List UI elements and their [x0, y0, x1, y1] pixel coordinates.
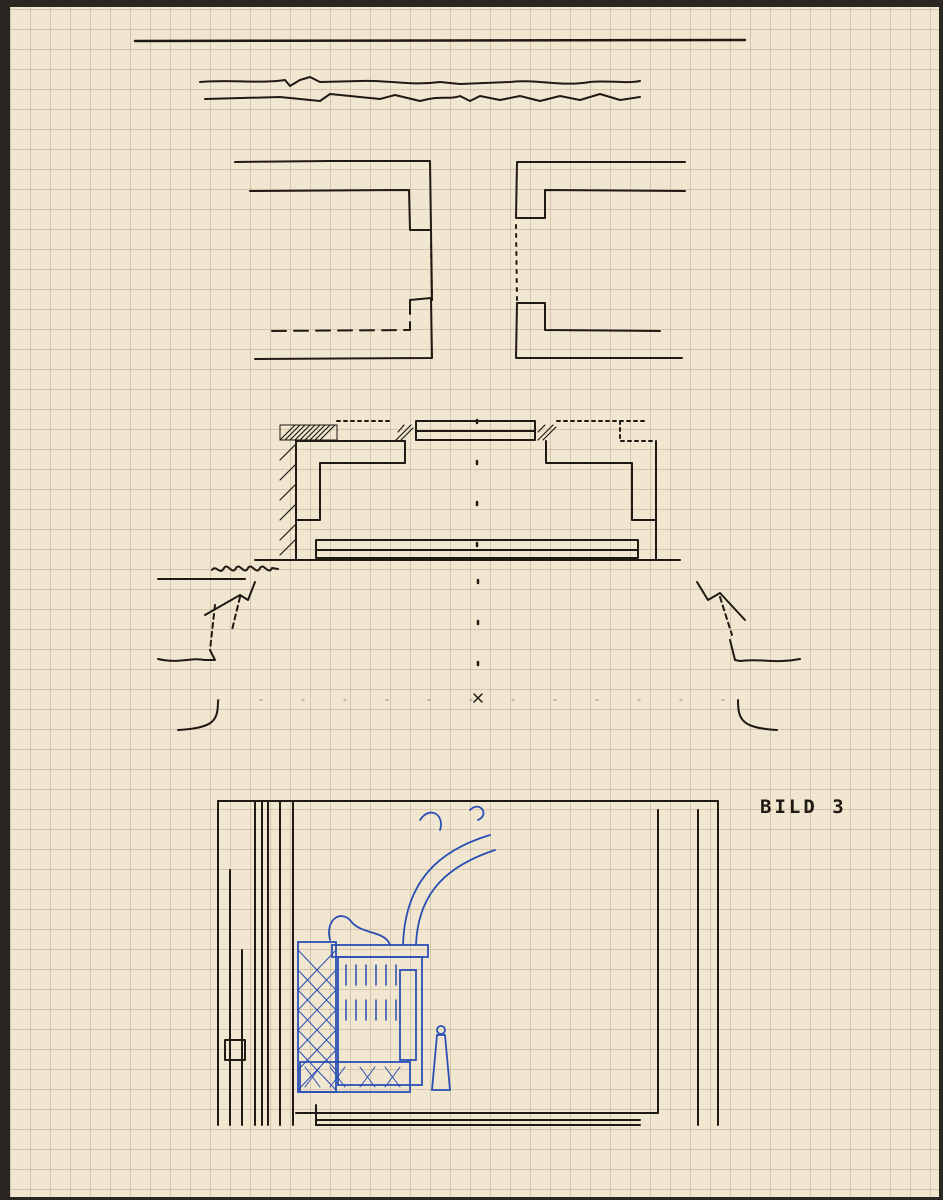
scene-elevation — [218, 801, 718, 1125]
top-border-lines — [135, 40, 745, 101]
scene-label: BILD 3 — [760, 796, 847, 818]
blue-organ-sketch — [298, 807, 495, 1092]
proscenium-outline — [158, 566, 800, 730]
sketch-drawing — [0, 0, 943, 1200]
stage-plan — [255, 420, 680, 560]
floor-plan-wings — [235, 161, 685, 359]
